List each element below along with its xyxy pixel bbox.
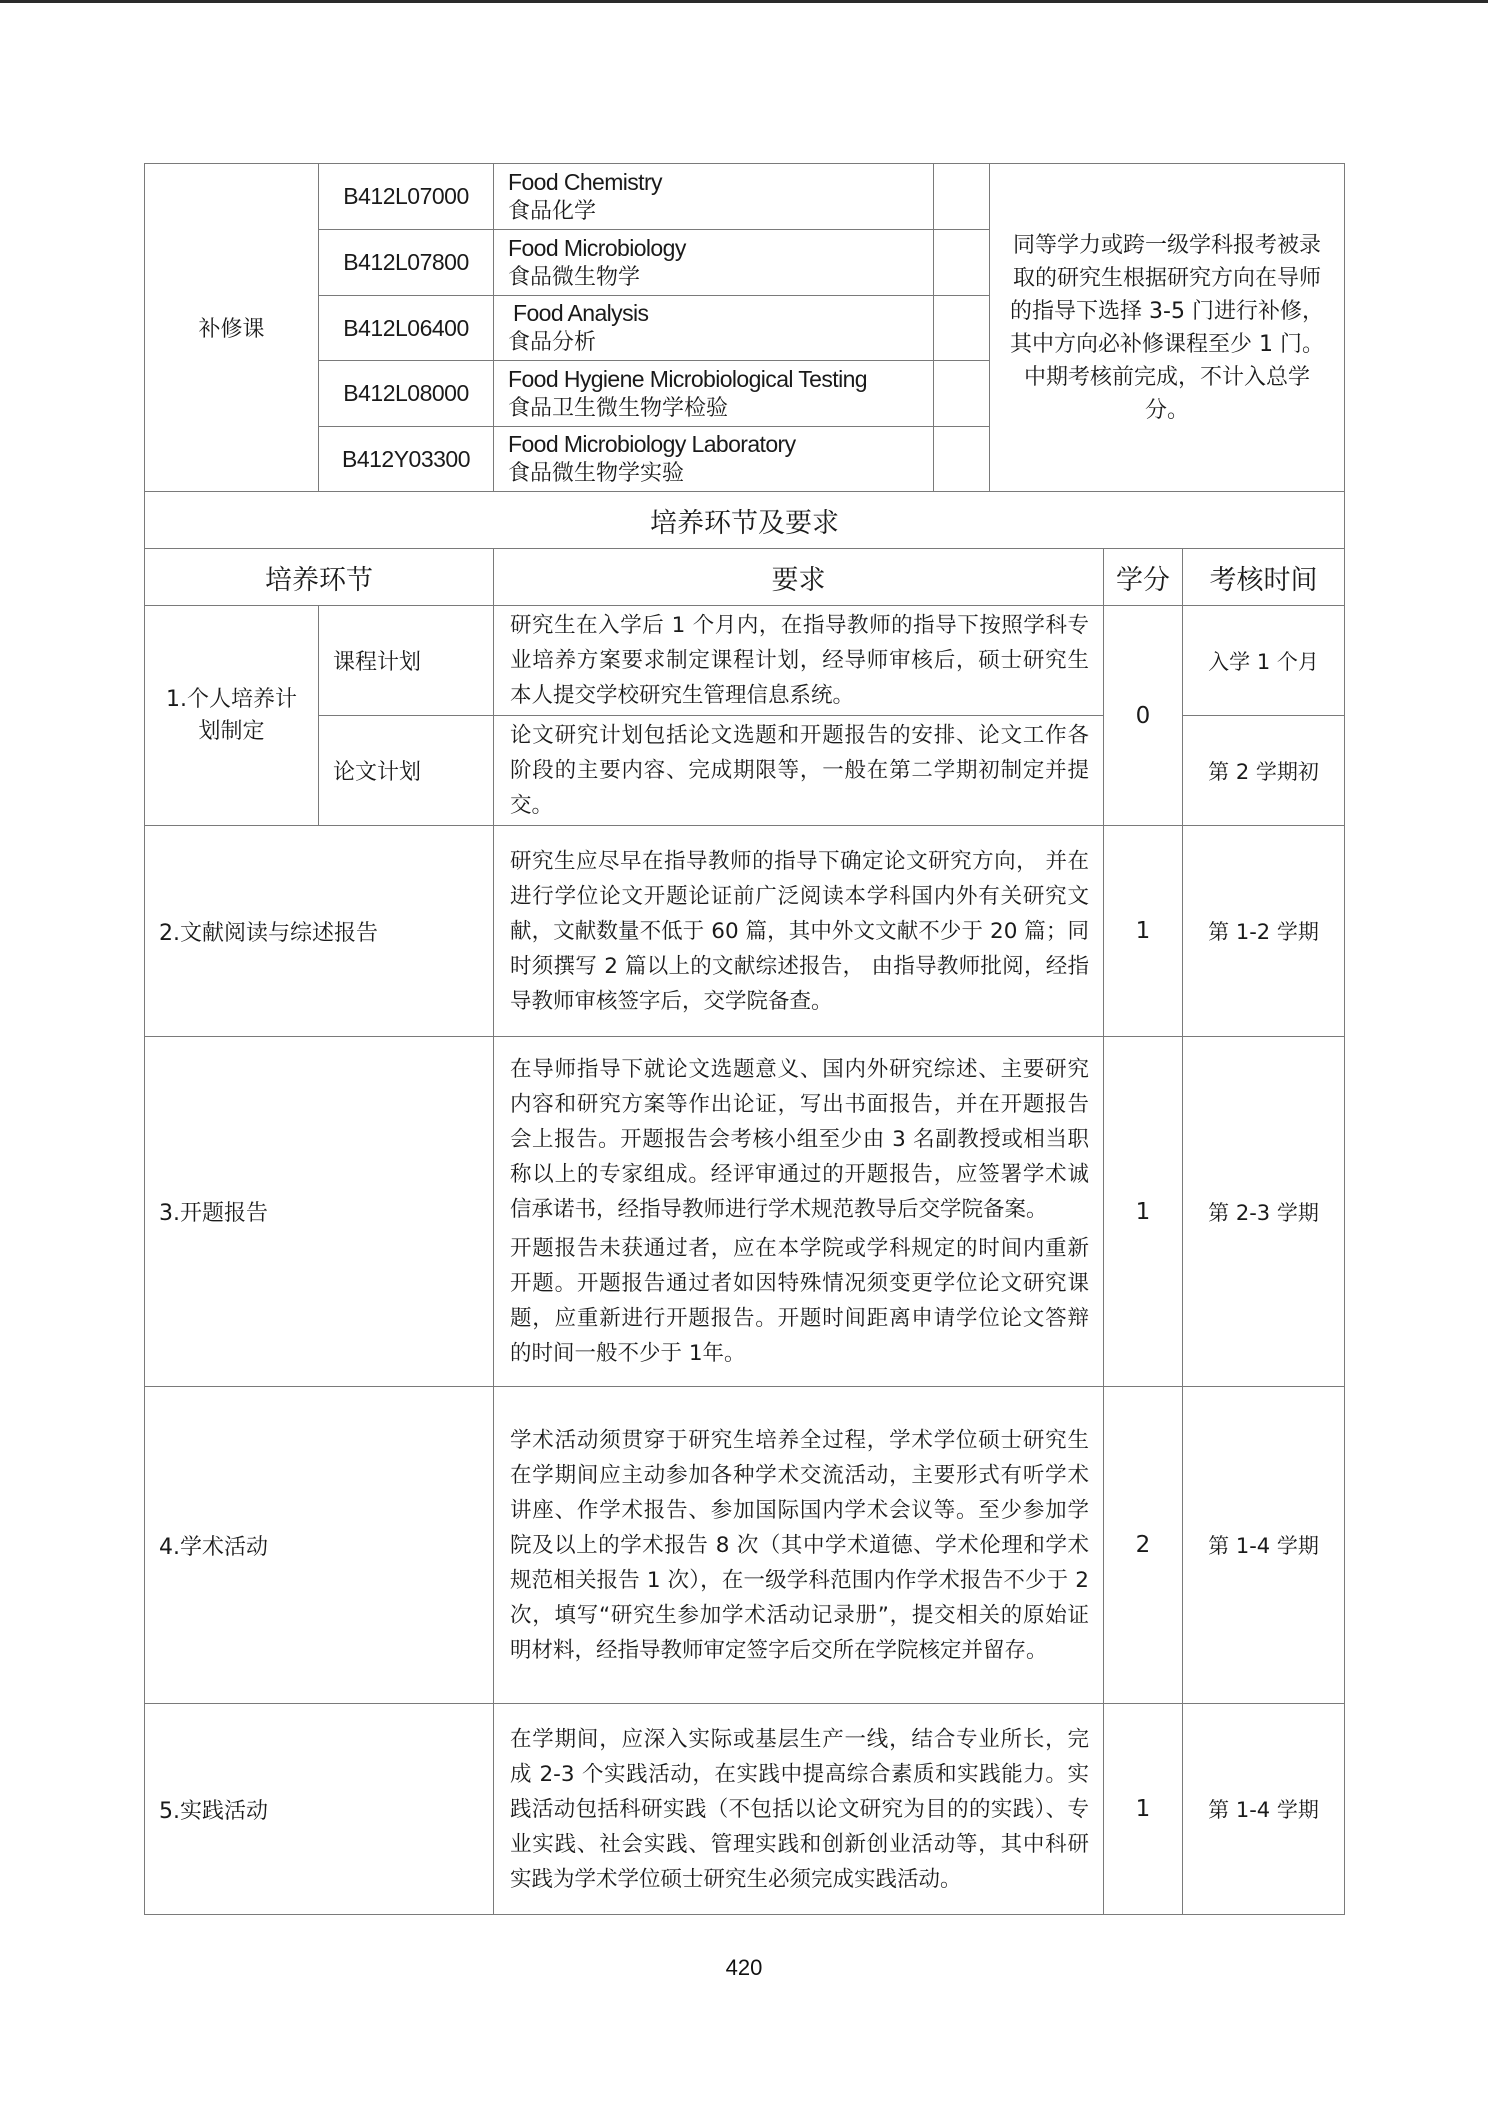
course-code: B412L08000 xyxy=(319,361,494,427)
header-assessment-time: 考核时间 xyxy=(1183,549,1345,606)
requirement-text: 研究生应尽早在指导教师的指导下确定论文研究方向， 并在进行学位论文开题论证前广泛… xyxy=(494,826,1104,1037)
supplementary-row: 补修课 B412L07000 Food Chemistry 食品化学 同等学力或… xyxy=(145,164,1345,230)
header-stage: 培养环节 xyxy=(145,549,494,606)
course-name-zh: 食品分析 xyxy=(508,328,933,357)
assessment-time: 第 1-4 学期 xyxy=(1183,1387,1345,1704)
stage-label: 5.实践活动 xyxy=(145,1704,494,1915)
credits-value: 2 xyxy=(1104,1387,1183,1704)
course-extra xyxy=(934,164,990,230)
table-row: 1.个人培养计划制定 课程计划 研究生在入学后 1 个月内，在指导教师的指导下按… xyxy=(145,606,1345,716)
table-row: 5.实践活动 在学期间，应深入实际或基层生产一线，结合专业所长，完成 2-3 个… xyxy=(145,1704,1345,1915)
credits-value: 0 xyxy=(1104,606,1183,826)
assessment-time: 第 1-2 学期 xyxy=(1183,826,1345,1037)
assessment-time: 第 2 学期初 xyxy=(1183,716,1345,826)
course-code: B412L06400 xyxy=(319,296,494,361)
table-row: 3.开题报告 在导师指导下就论文选题意义、国内外研究综述、主要研究内容和研究方案… xyxy=(145,1037,1345,1387)
stage-label: 3.开题报告 xyxy=(145,1037,494,1387)
course-name-zh: 食品化学 xyxy=(508,197,933,226)
assessment-time: 入学 1 个月 xyxy=(1183,606,1345,716)
stage-label: 1.个人培养计划制定 xyxy=(145,606,319,826)
course-name-en: Food Analysis xyxy=(508,299,933,328)
header-row: 培养环节 要求 学分 考核时间 xyxy=(145,549,1345,606)
assessment-time: 第 1-4 学期 xyxy=(1183,1704,1345,1915)
requirement-text: 研究生在入学后 1 个月内，在指导教师的指导下按照学科专业培养方案要求制定课程计… xyxy=(494,606,1104,716)
requirement-paragraph: 研究生在入学后 1 个月内，在指导教师的指导下按照学科专业培养方案要求制定课程计… xyxy=(510,608,1089,713)
course-extra xyxy=(934,427,990,492)
requirement-text: 在导师指导下就论文选题意义、国内外研究综述、主要研究内容和研究方案等作出论证，写… xyxy=(494,1037,1104,1387)
course-name-en: Food Hygiene Microbiological Testing xyxy=(508,365,933,394)
top-rule xyxy=(0,0,1488,3)
course-code: B412L07800 xyxy=(319,230,494,296)
course-code: B412Y03300 xyxy=(319,427,494,492)
course-extra xyxy=(934,296,990,361)
header-credits: 学分 xyxy=(1104,549,1183,606)
course-name: Food Hygiene Microbiological Testing 食品卫… xyxy=(494,361,934,427)
requirement-text: 学术活动须贯穿于研究生培养全过程，学术学位硕士研究生在学期间应主动参加各种学术交… xyxy=(494,1387,1104,1704)
course-extra xyxy=(934,361,990,427)
course-name-en: Food Microbiology Laboratory xyxy=(508,430,933,459)
sub-stage-label: 课程计划 xyxy=(319,606,494,716)
credits-value: 1 xyxy=(1104,1704,1183,1915)
requirement-paragraph: 学术活动须贯穿于研究生培养全过程，学术学位硕士研究生在学期间应主动参加各种学术交… xyxy=(510,1423,1089,1668)
header-requirement: 要求 xyxy=(494,549,1104,606)
course-name-en: Food Chemistry xyxy=(508,168,933,197)
requirement-paragraph: 在导师指导下就论文选题意义、国内外研究综述、主要研究内容和研究方案等作出论证，写… xyxy=(510,1052,1089,1227)
credits-value: 1 xyxy=(1104,1037,1183,1387)
course-name-zh: 食品微生物学实验 xyxy=(508,459,933,488)
course-name-en: Food Microbiology xyxy=(508,234,933,263)
sub-stage-label: 论文计划 xyxy=(319,716,494,826)
section-title-row: 培养环节及要求 xyxy=(145,492,1345,549)
curriculum-table: 补修课 B412L07000 Food Chemistry 食品化学 同等学力或… xyxy=(144,163,1345,1915)
course-name: Food Microbiology 食品微生物学 xyxy=(494,230,934,296)
credits-value: 1 xyxy=(1104,826,1183,1037)
course-code: B412L07000 xyxy=(319,164,494,230)
requirement-paragraph: 研究生应尽早在指导教师的指导下确定论文研究方向， 并在进行学位论文开题论证前广泛… xyxy=(510,844,1089,1019)
supplementary-category: 补修课 xyxy=(145,164,319,492)
assessment-time: 第 2-3 学期 xyxy=(1183,1037,1345,1387)
table-row: 4.学术活动 学术活动须贯穿于研究生培养全过程，学术学位硕士研究生在学期间应主动… xyxy=(145,1387,1345,1704)
stage-label: 4.学术活动 xyxy=(145,1387,494,1704)
requirement-text: 论文研究计划包括论文选题和开题报告的安排、论文工作各阶段的主要内容、完成期限等，… xyxy=(494,716,1104,826)
course-name: Food Chemistry 食品化学 xyxy=(494,164,934,230)
requirement-paragraph: 开题报告未获通过者，应在本学院或学科规定的时间内重新开题。开题报告通过者如因特殊… xyxy=(510,1231,1089,1371)
section-title: 培养环节及要求 xyxy=(145,492,1345,549)
requirement-paragraph: 在学期间，应深入实际或基层生产一线，结合专业所长，完成 2-3 个实践活动，在实… xyxy=(510,1722,1089,1897)
course-name: Food Analysis 食品分析 xyxy=(494,296,934,361)
page-number: 420 xyxy=(0,1955,1488,1981)
stage-label: 2.文献阅读与综述报告 xyxy=(145,826,494,1037)
course-extra xyxy=(934,230,990,296)
course-name-zh: 食品微生物学 xyxy=(508,263,933,292)
course-name: Food Microbiology Laboratory 食品微生物学实验 xyxy=(494,427,934,492)
requirement-paragraph: 论文研究计划包括论文选题和开题报告的安排、论文工作各阶段的主要内容、完成期限等，… xyxy=(510,718,1089,823)
requirement-text: 在学期间，应深入实际或基层生产一线，结合专业所长，完成 2-3 个实践活动，在实… xyxy=(494,1704,1104,1915)
table-row: 2.文献阅读与综述报告 研究生应尽早在指导教师的指导下确定论文研究方向， 并在进… xyxy=(145,826,1345,1037)
course-name-zh: 食品卫生微生物学检验 xyxy=(508,394,933,423)
supplementary-note: 同等学力或跨一级学科报考被录取的研究生根据研究方向在导师的指导下选择 3-5 门… xyxy=(990,164,1345,492)
